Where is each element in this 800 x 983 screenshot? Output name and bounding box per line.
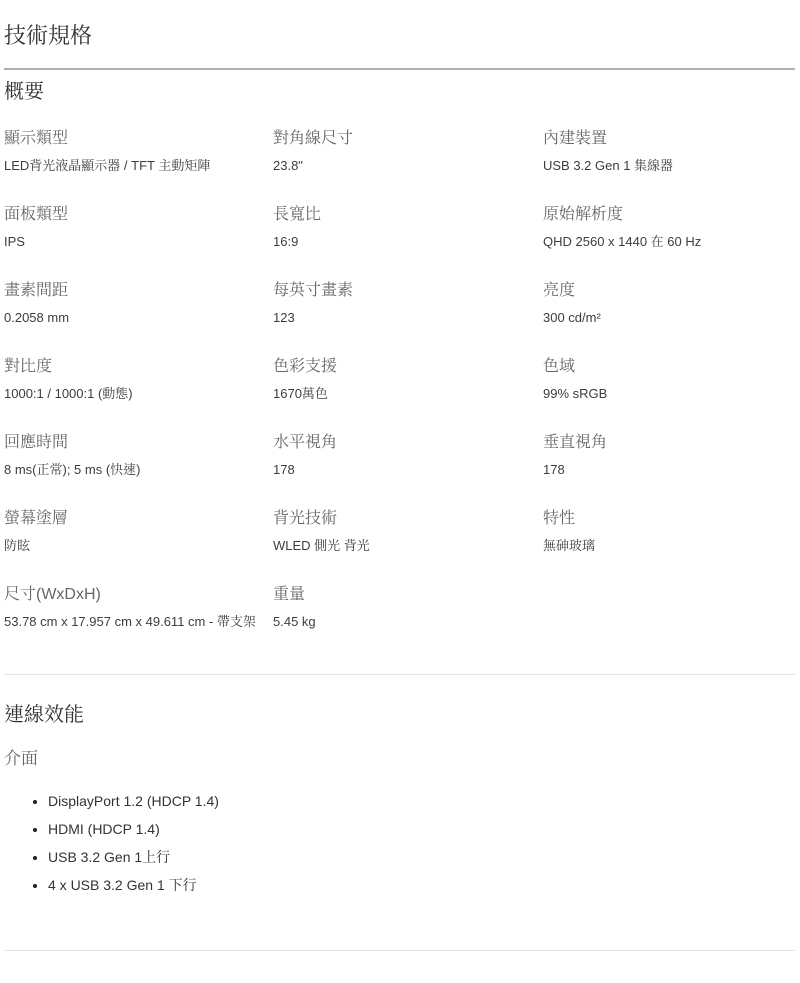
spec-label: 長寬比 [273, 204, 529, 226]
spec-value: 5.45 kg [273, 610, 529, 633]
spec-label: 重量 [273, 584, 529, 606]
spec-item-built-in-devices: 內建裝置 USB 3.2 Gen 1 集線器 [543, 128, 795, 177]
spec-item-aspect-ratio: 長寬比 16:9 [273, 204, 543, 253]
interface-list-item: DisplayPort 1.2 (HDCP 1.4) [48, 792, 795, 811]
spec-item-screen-coating: 螢幕塗層 防眩 [4, 508, 273, 557]
spec-item-empty [543, 584, 795, 633]
spec-value: 防眩 [4, 534, 259, 557]
page-title: 技術規格 [4, 21, 795, 51]
interface-list-item: HDMI (HDCP 1.4) [48, 820, 795, 839]
overview-section: 概要 顯示類型 LED背光液晶顯示器 / TFT 主動矩陣 對角線尺寸 23.8… [4, 78, 795, 633]
spec-label: 亮度 [543, 280, 781, 302]
spec-value: 0.2058 mm [4, 306, 259, 329]
connectivity-section: 連線效能 介面 DisplayPort 1.2 (HDCP 1.4) HDMI … [4, 701, 795, 895]
title-divider [4, 68, 795, 70]
interfaces-subheading: 介面 [4, 747, 795, 771]
spec-item-brightness: 亮度 300 cd/m² [543, 280, 795, 329]
spec-label: 原始解析度 [543, 204, 781, 226]
overview-heading: 概要 [4, 78, 795, 106]
spec-item-color-support: 色彩支援 1670萬色 [273, 356, 543, 405]
spec-grid: 顯示類型 LED背光液晶顯示器 / TFT 主動矩陣 對角線尺寸 23.8" 內… [4, 128, 795, 633]
spec-label: 每英寸畫素 [273, 280, 529, 302]
spec-label: 回應時間 [4, 432, 259, 454]
spec-value: 8 ms(正常); 5 ms (快速) [4, 458, 259, 481]
interface-list: DisplayPort 1.2 (HDCP 1.4) HDMI (HDCP 1.… [4, 792, 795, 895]
spec-value: 1670萬色 [273, 382, 529, 405]
spec-item-display-type: 顯示類型 LED背光液晶顯示器 / TFT 主動矩陣 [4, 128, 273, 177]
spec-value: WLED 側光 背光 [273, 534, 529, 557]
spec-label: 內建裝置 [543, 128, 781, 150]
spec-value: 300 cd/m² [543, 306, 781, 329]
interface-list-item: 4 x USB 3.2 Gen 1 下行 [48, 876, 795, 895]
spec-value: 178 [273, 458, 529, 481]
spec-item-contrast-ratio: 對比度 1000:1 / 1000:1 (動態) [4, 356, 273, 405]
spec-item-vertical-viewing-angle: 垂直視角 178 [543, 432, 795, 481]
spec-item-weight: 重量 5.45 kg [273, 584, 543, 633]
spec-label: 垂直視角 [543, 432, 781, 454]
spec-item-horizontal-viewing-angle: 水平視角 178 [273, 432, 543, 481]
spec-value: 53.78 cm x 17.957 cm x 49.611 cm - 帶支架 [4, 610, 259, 633]
spec-label: 顯示類型 [4, 128, 259, 150]
spec-item-panel-type: 面板類型 IPS [4, 204, 273, 253]
spec-item-ppi: 每英寸畫素 123 [273, 280, 543, 329]
spec-label: 色域 [543, 356, 781, 378]
spec-value: 23.8" [273, 154, 529, 177]
spec-item-diagonal-size: 對角線尺寸 23.8" [273, 128, 543, 177]
spec-value: 16:9 [273, 230, 529, 253]
spec-value: QHD 2560 x 1440 在 60 Hz [543, 230, 781, 253]
spec-value: IPS [4, 230, 259, 253]
spec-label: 特性 [543, 508, 781, 530]
section-divider [4, 674, 795, 675]
spec-label: 色彩支援 [273, 356, 529, 378]
spec-label: 背光技術 [273, 508, 529, 530]
spec-item-native-resolution: 原始解析度 QHD 2560 x 1440 在 60 Hz [543, 204, 795, 253]
spec-item-dimensions: 尺寸(WxDxH) 53.78 cm x 17.957 cm x 49.611 … [4, 584, 273, 633]
spec-value: 99% sRGB [543, 382, 781, 405]
spec-value: LED背光液晶顯示器 / TFT 主動矩陣 [4, 154, 259, 177]
spec-label: 畫素間距 [4, 280, 259, 302]
interface-list-item: USB 3.2 Gen 1上行 [48, 848, 795, 867]
spec-page: 技術規格 概要 顯示類型 LED背光液晶顯示器 / TFT 主動矩陣 對角線尺寸… [0, 0, 800, 983]
spec-item-response-time: 回應時間 8 ms(正常); 5 ms (快速) [4, 432, 273, 481]
spec-value: 無砷玻璃 [543, 534, 781, 557]
spec-label: 水平視角 [273, 432, 529, 454]
spec-value: USB 3.2 Gen 1 集線器 [543, 154, 781, 177]
bottom-divider [4, 950, 795, 951]
spec-item-pixel-pitch: 畫素間距 0.2058 mm [4, 280, 273, 329]
connectivity-heading: 連線效能 [4, 701, 795, 729]
spec-item-features: 特性 無砷玻璃 [543, 508, 795, 557]
spec-label: 面板類型 [4, 204, 259, 226]
spec-label: 尺寸(WxDxH) [4, 584, 259, 606]
spec-value: 178 [543, 458, 781, 481]
spec-value: 123 [273, 306, 529, 329]
spec-label: 螢幕塗層 [4, 508, 259, 530]
spec-label: 對角線尺寸 [273, 128, 529, 150]
spec-value: 1000:1 / 1000:1 (動態) [4, 382, 259, 405]
spec-label: 對比度 [4, 356, 259, 378]
spec-item-color-gamut: 色域 99% sRGB [543, 356, 795, 405]
spec-item-backlight-technology: 背光技術 WLED 側光 背光 [273, 508, 543, 557]
